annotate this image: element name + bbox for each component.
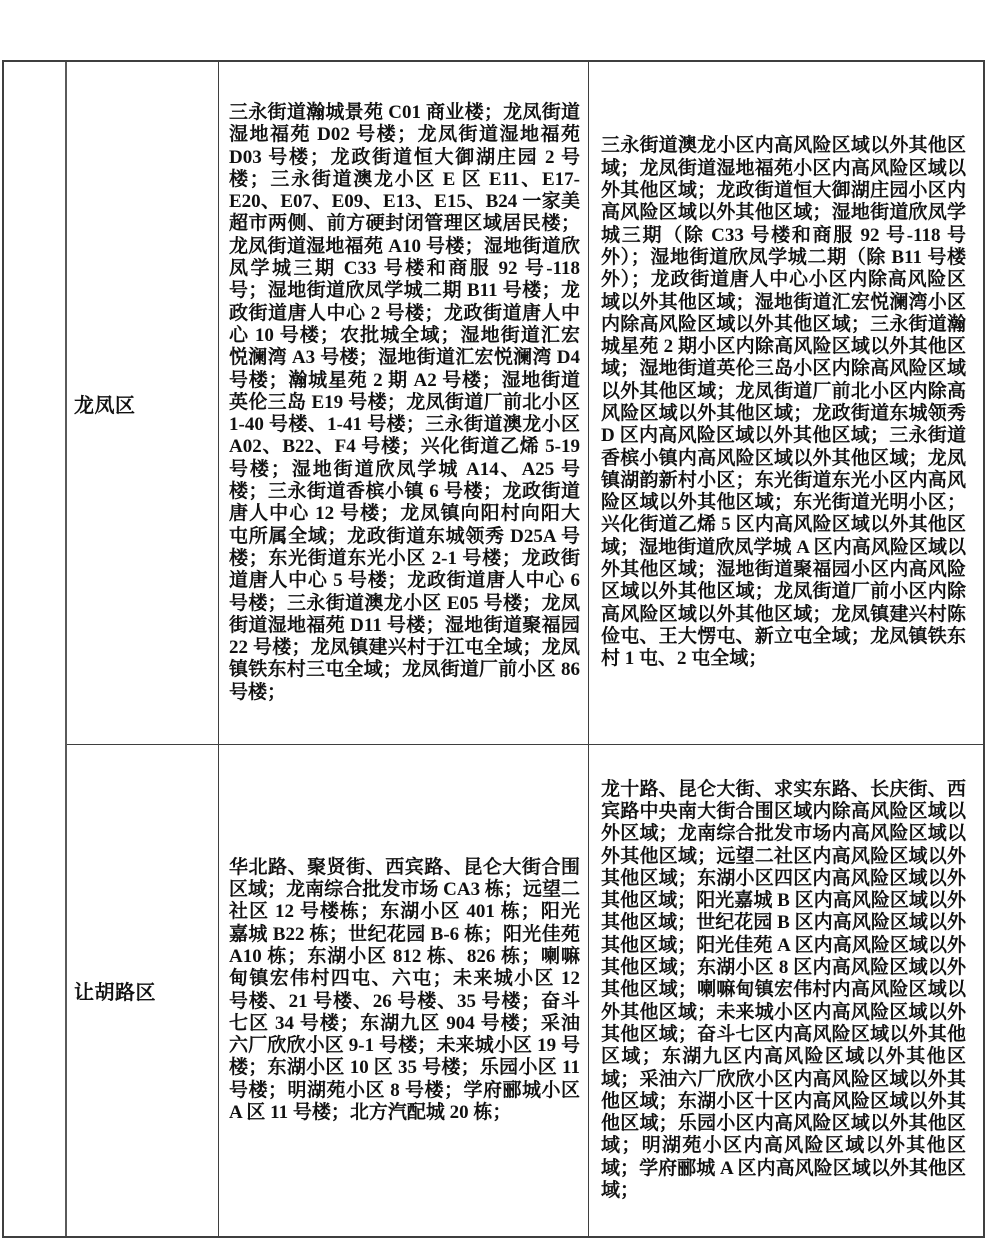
risk-area-document-page: 龙凤区 三永街道瀚城景苑 C01 商业楼；龙凤街道湿地福苑 D02 号楼；龙凤街…	[0, 0, 992, 1248]
risk-areas-cell-ranghulu: 龙十路、昆仑大街、求实东路、长庆街、西宾路中央南大街合围区域内除高风险区域以外区…	[589, 745, 983, 1236]
risk-area-table: 龙凤区 三永街道瀚城景苑 C01 商业楼；龙凤街道湿地福苑 D02 号楼；龙凤街…	[2, 60, 985, 1238]
buildings-list: 三永街道瀚城景苑 C01 商业楼；龙凤街道湿地福苑 D02 号楼；龙凤街道湿地福…	[229, 102, 580, 704]
district-cell-longfeng: 龙凤区	[67, 62, 219, 745]
left-margin-column-cell	[4, 62, 67, 1236]
buildings-cell-longfeng: 三永街道瀚城景苑 C01 商业楼；龙凤街道湿地福苑 D02 号楼；龙凤街道湿地福…	[219, 62, 589, 745]
buildings-cell-ranghulu: 华北路、聚贤街、西宾路、昆仑大街合围区域；龙南综合批发市场 CA3 栋；远望二社…	[219, 745, 589, 1236]
risk-areas-list: 龙十路、昆仑大街、求实东路、长庆街、西宾路中央南大街合围区域内除高风险区域以外区…	[601, 779, 966, 1203]
buildings-list: 华北路、聚贤街、西宾路、昆仑大街合围区域；龙南综合批发市场 CA3 栋；远望二社…	[229, 857, 580, 1125]
district-label: 龙凤区	[74, 389, 136, 418]
district-label: 让胡路区	[74, 976, 156, 1005]
risk-areas-list: 三永街道澳龙小区内高风险区域以外其他区域；龙凤街道湿地福苑小区内高风险区域以外其…	[601, 135, 966, 670]
district-cell-ranghulu: 让胡路区	[67, 745, 219, 1236]
risk-areas-cell-longfeng: 三永街道澳龙小区内高风险区域以外其他区域；龙凤街道湿地福苑小区内高风险区域以外其…	[589, 62, 983, 745]
